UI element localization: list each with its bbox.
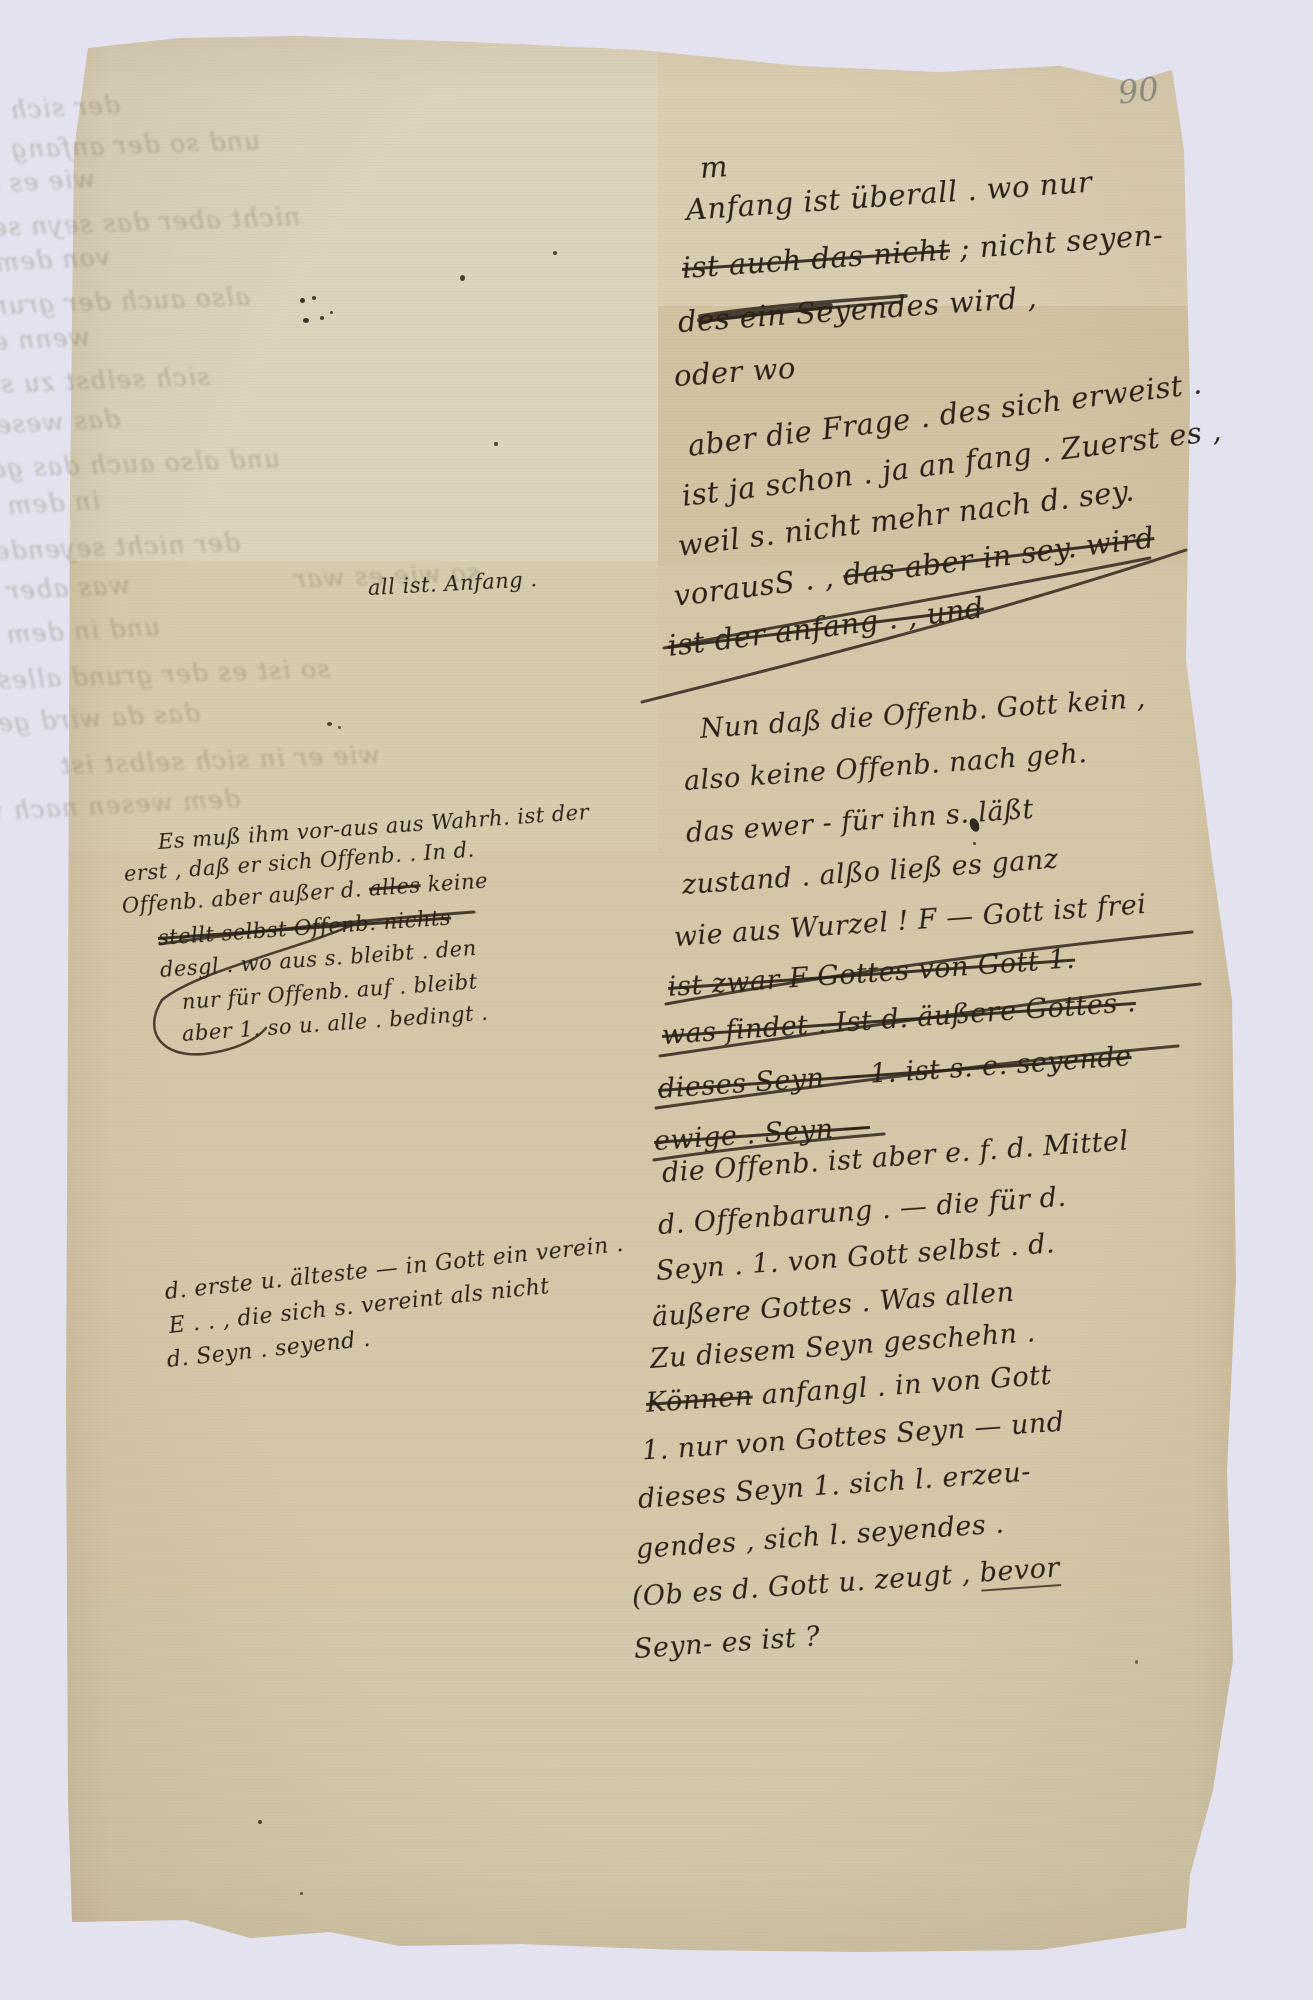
ink-speck	[300, 298, 305, 303]
ink-speck	[303, 318, 309, 323]
ink-speck	[312, 296, 316, 300]
handwriting-segment: keine	[420, 868, 489, 897]
ink-speck	[327, 722, 332, 726]
ink-speck	[1135, 1660, 1138, 1664]
ink-speck	[320, 316, 324, 320]
ink-speck	[330, 311, 333, 314]
manuscript-scan: der sich in dem was daund so der anfang …	[0, 0, 1313, 2000]
handwriting-line-note-top-right: oder wo	[673, 354, 797, 391]
handwriting-line-note-top-right: m	[699, 152, 729, 183]
ink-speck	[338, 726, 341, 729]
ink-speck	[494, 442, 498, 446]
handwriting-segment: m	[699, 149, 729, 185]
ink-speck	[258, 1820, 262, 1824]
ink-speck	[460, 275, 465, 281]
ink-speck	[300, 1892, 303, 1895]
handwriting-segment: bevor	[979, 1552, 1061, 1592]
page-number: 90	[1116, 70, 1160, 112]
ink-speck	[553, 251, 557, 255]
ink-speck	[973, 842, 976, 845]
struck-handwriting-segment: alles	[368, 873, 421, 901]
